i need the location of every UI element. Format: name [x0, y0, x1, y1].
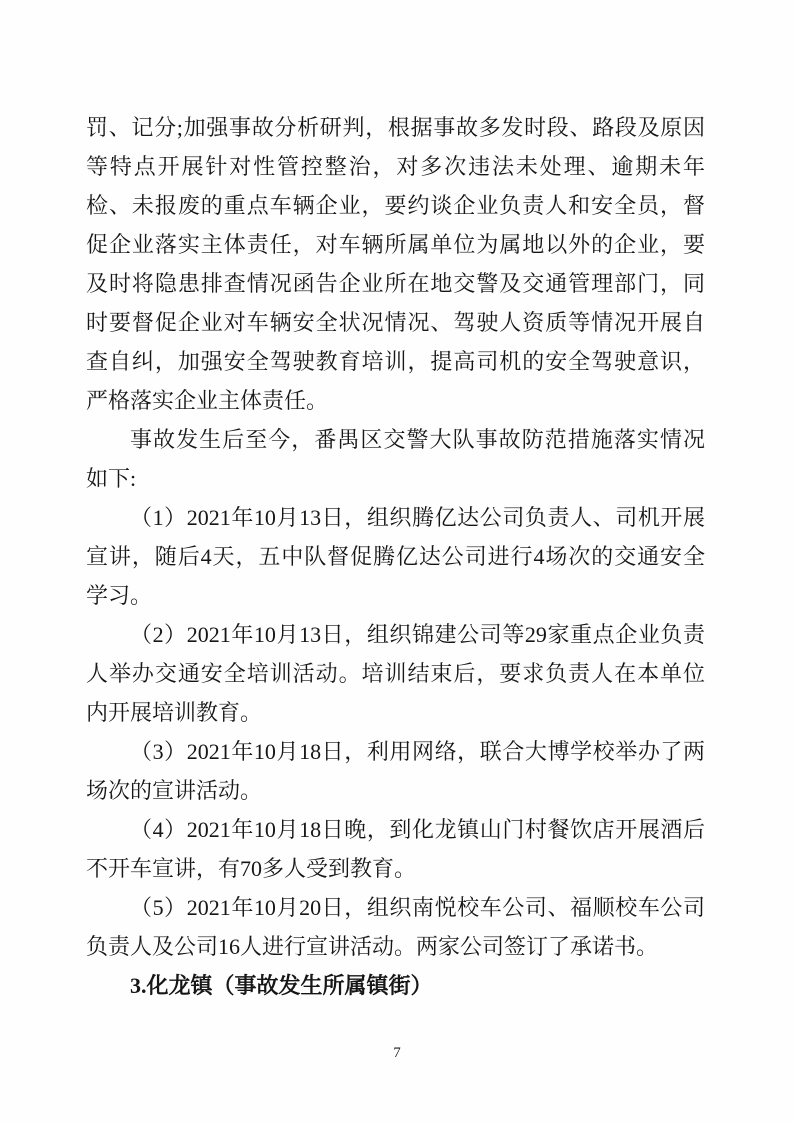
paragraph-measure-item-4: （4）2021年10月18日晚，到化龙镇山门村餐饮店开展酒后不开车宣讲，有70多… [86, 810, 705, 888]
text-line: 查自纠，加强安全驾驶教育培训，提高司机的安全驾驶意识， [86, 342, 705, 381]
paragraph-measure-item-3: （3）2021年10月18日，利用网络，联合大博学校举办了两场次的宣讲活动。 [86, 732, 705, 810]
text-line: （5）2021年10月20日，组织南悦校车公司、福顺校车公司 [86, 888, 705, 927]
text-line: 促企业落实主体责任，对车辆所属单位为属地以外的企业，要 [86, 225, 705, 264]
text-line: 如下: [86, 459, 705, 498]
page-number-footer: 7 [0, 1044, 794, 1062]
document-text-body: 罚、记分;加强事故分析研判，根据事故多发时段、路段及原因等特点开展针对性管控整治… [86, 108, 705, 1005]
text-line: 宣讲，随后4天，五中队督促腾亿达公司进行4场次的交通安全 [86, 537, 705, 576]
text-line: 时要督促企业对车辆安全状况情况、驾驶人资质等情况开展自 [86, 303, 705, 342]
text-line: 人举办交通安全培训活动。培训结束后，要求负责人在本单位 [86, 654, 705, 693]
paragraph-enterprise-supervision: 罚、记分;加强事故分析研判，根据事故多发时段、路段及原因等特点开展针对性管控整治… [86, 108, 705, 420]
paragraph-measure-item-1: （1）2021年10月13日，组织腾亿达公司负责人、司机开展宣讲，随后4天，五中… [86, 498, 705, 615]
text-line: 不开车宣讲，有70多人受到教育。 [86, 849, 705, 888]
text-line: （3）2021年10月18日，利用网络，联合大博学校举办了两 [86, 732, 705, 771]
paragraph-measures-intro: 事故发生后至今，番禺区交警大队事故防范措施落实情况如下: [86, 420, 705, 498]
text-line: 等特点开展针对性管控整治，对多次违法未处理、逾期未年 [86, 147, 705, 186]
text-line: 检、未报废的重点车辆企业，要约谈企业负责人和安全员，督 [86, 186, 705, 225]
text-line: 罚、记分;加强事故分析研判，根据事故多发时段、路段及原因 [86, 108, 705, 147]
text-line: 及时将隐患排查情况函告企业所在地交警及交通管理部门，同 [86, 264, 705, 303]
paragraph-measure-item-2: （2）2021年10月13日，组织锦建公司等29家重点企业负责人举办交通安全培训… [86, 615, 705, 732]
paragraph-measure-item-5: （5）2021年10月20日，组织南悦校车公司、福顺校车公司负责人及公司16人进… [86, 888, 705, 966]
text-line: （2）2021年10月13日，组织锦建公司等29家重点企业负责 [86, 615, 705, 654]
text-line: 内开展培训教育。 [86, 693, 705, 732]
text-line: 场次的宣讲活动。 [86, 771, 705, 810]
text-line: 严格落实企业主体责任。 [86, 381, 705, 420]
document-page: 罚、记分;加强事故分析研判，根据事故多发时段、路段及原因等特点开展针对性管控整治… [0, 0, 794, 1123]
text-line: 3.化龙镇（事故发生所属镇街） [86, 966, 705, 1005]
text-line: 负责人及公司16人进行宣讲活动。两家公司签订了承诺书。 [86, 927, 705, 966]
heading-hualong-town: 3.化龙镇（事故发生所属镇街） [86, 966, 705, 1005]
text-line: （4）2021年10月18日晚，到化龙镇山门村餐饮店开展酒后 [86, 810, 705, 849]
text-line: （1）2021年10月13日，组织腾亿达公司负责人、司机开展 [86, 498, 705, 537]
text-line: 学习。 [86, 576, 705, 615]
text-line: 事故发生后至今，番禺区交警大队事故防范措施落实情况 [86, 420, 705, 459]
